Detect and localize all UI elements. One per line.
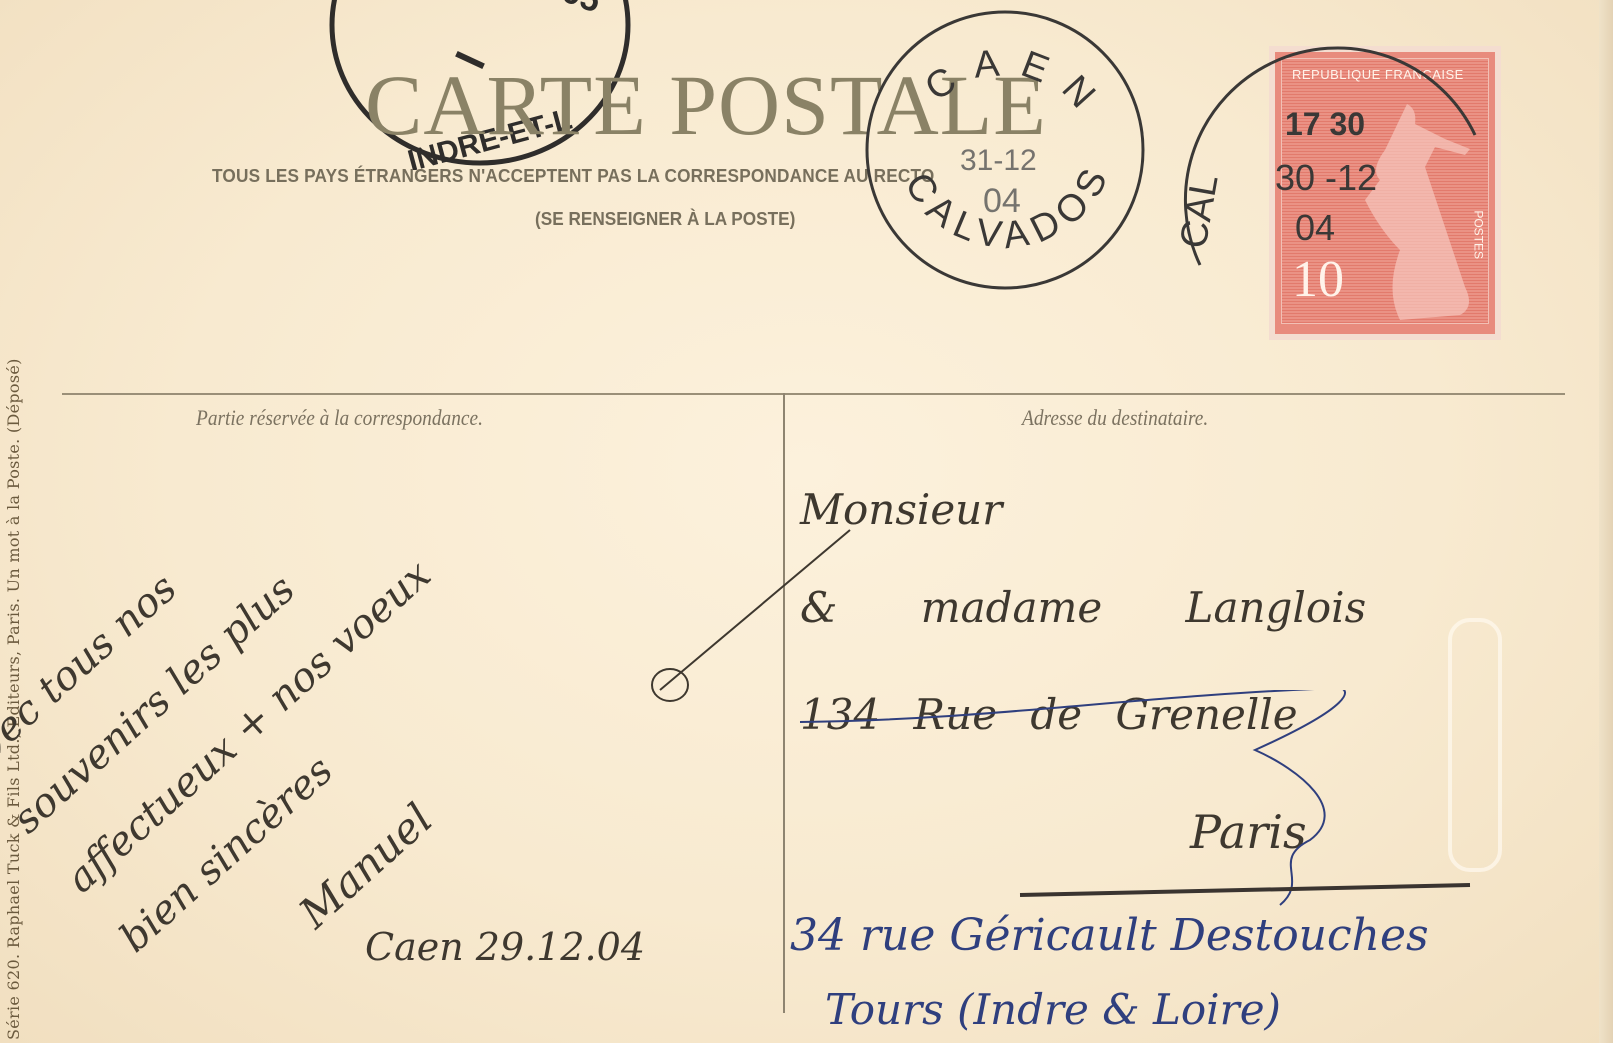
- address-line-1: Monsieur: [800, 485, 1002, 534]
- message-signature: Manuel: [290, 794, 442, 938]
- svg-text:CAL: CAL: [1175, 171, 1227, 251]
- svg-text:30 -12: 30 -12: [1275, 157, 1377, 198]
- notice-line-1: TOUS LES PAYS ÉTRANGERS N'ACCEPTENT PAS …: [212, 165, 935, 187]
- postmark-stamp-icon: CAL 17 30 30 -12 04: [1175, 35, 1485, 335]
- postmark-caen-icon: CAEN CALVADOS 31-12 04: [855, 0, 1155, 300]
- correspondence-label: Partie réservée à la correspondance.: [196, 405, 483, 431]
- svg-text:17 30: 17 30: [1285, 106, 1365, 142]
- forwarding-address-line-2: Tours (Indre & Loire): [825, 985, 1281, 1034]
- message-date: Caen 29.12.04: [365, 925, 645, 969]
- svg-text:04: 04: [983, 182, 1021, 220]
- card-edge: [1599, 0, 1613, 1043]
- svg-text:31-12: 31-12: [960, 144, 1037, 177]
- svg-text:04: 04: [1295, 207, 1335, 248]
- notice-line-2: (SE RENSEIGNER À LA POSTE): [535, 208, 795, 230]
- forwarding-strike-icon: [790, 690, 1490, 920]
- address-label: Adresse du destinataire.: [1022, 405, 1208, 431]
- message-line-4: bien sincères: [111, 747, 342, 961]
- horizontal-divider: [62, 393, 1565, 395]
- forwarding-address-line-1: 34 rue Géricault Destouches: [790, 910, 1429, 961]
- svg-text:05: 05: [557, 0, 606, 20]
- svg-text:CAEN: CAEN: [918, 41, 1115, 130]
- address-line-2: & madame Langlois: [800, 583, 1366, 632]
- embossed-mark-icon: [1440, 610, 1520, 910]
